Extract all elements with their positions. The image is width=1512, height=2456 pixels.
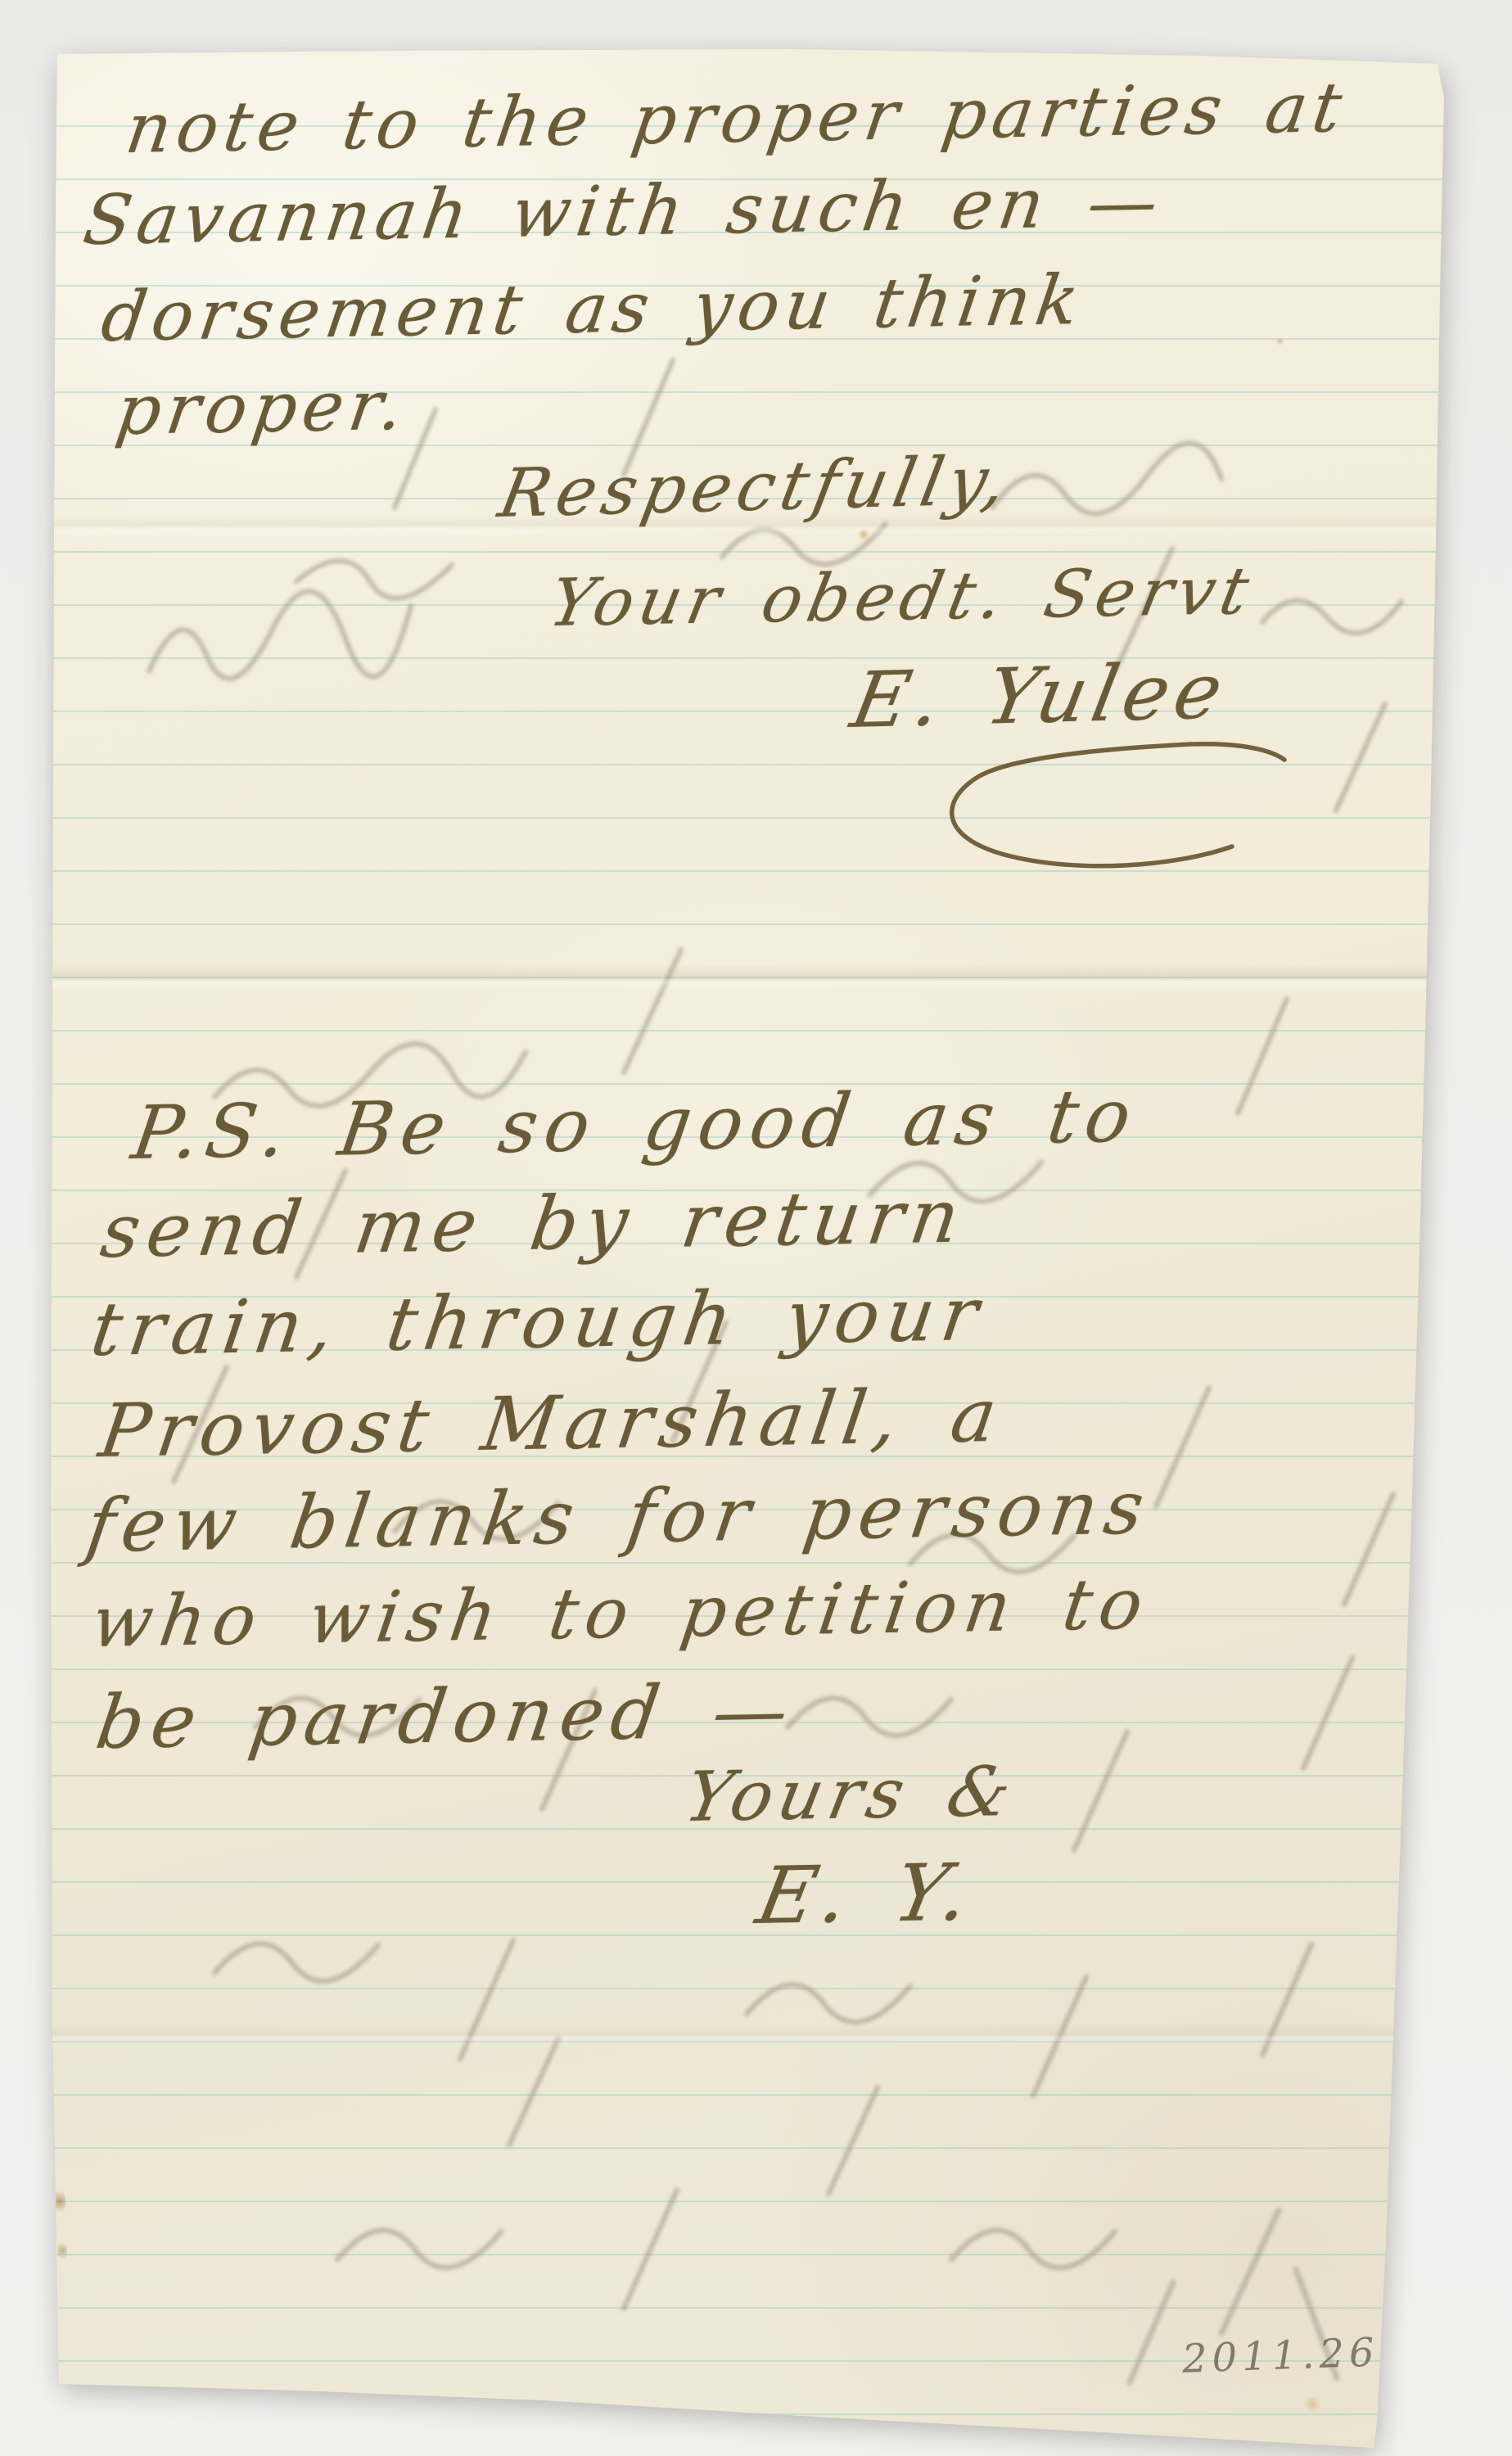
closing-your-obedient-servant: Your obedt. Servt (544, 553, 1261, 641)
postscript-line: few blanks for persons (81, 1465, 1156, 1569)
letter-paper: note to the proper parties at Savannah w… (51, 49, 1445, 2452)
letter-line: proper. (111, 365, 413, 450)
postscript-closing: Yours & (679, 1751, 1023, 1837)
catalog-number: 2011.26.11 (1181, 2327, 1457, 2382)
postscript-line: who wish to petition to (87, 1564, 1155, 1664)
letter-line: note to the proper parties at (121, 67, 1352, 169)
foxing-spot (857, 529, 870, 540)
postscript-line: send me by return (96, 1174, 972, 1275)
photo-stage: note to the proper parties at Savannah w… (0, 0, 1512, 2456)
letter-line: Savannah with such en — (79, 161, 1168, 260)
postscript-line: Provost Marshall, a (94, 1373, 1009, 1474)
paper-sheet: note to the proper parties at Savannah w… (51, 49, 1445, 2452)
postscript-initials: E. Y. (750, 1846, 982, 1942)
fold-crease (51, 2024, 1445, 2047)
fold-crease (51, 964, 1445, 992)
foxing-spot (54, 2187, 65, 2215)
postscript-line: P.S. Be so good as to (127, 1073, 1144, 1176)
foxing-spot (57, 2240, 67, 2261)
foxing-spot (1302, 2397, 1323, 2412)
postscript-line: be pardoned — (91, 1668, 801, 1766)
closing-respectfully: Respectfully, (493, 442, 1018, 533)
foxing-spot (1275, 337, 1284, 345)
postscript-line: train, through your (86, 1271, 991, 1373)
signature: E. Yulee (845, 647, 1235, 746)
signature-flourish (882, 738, 1307, 902)
letter-line: dorsement as you think (97, 260, 1090, 357)
